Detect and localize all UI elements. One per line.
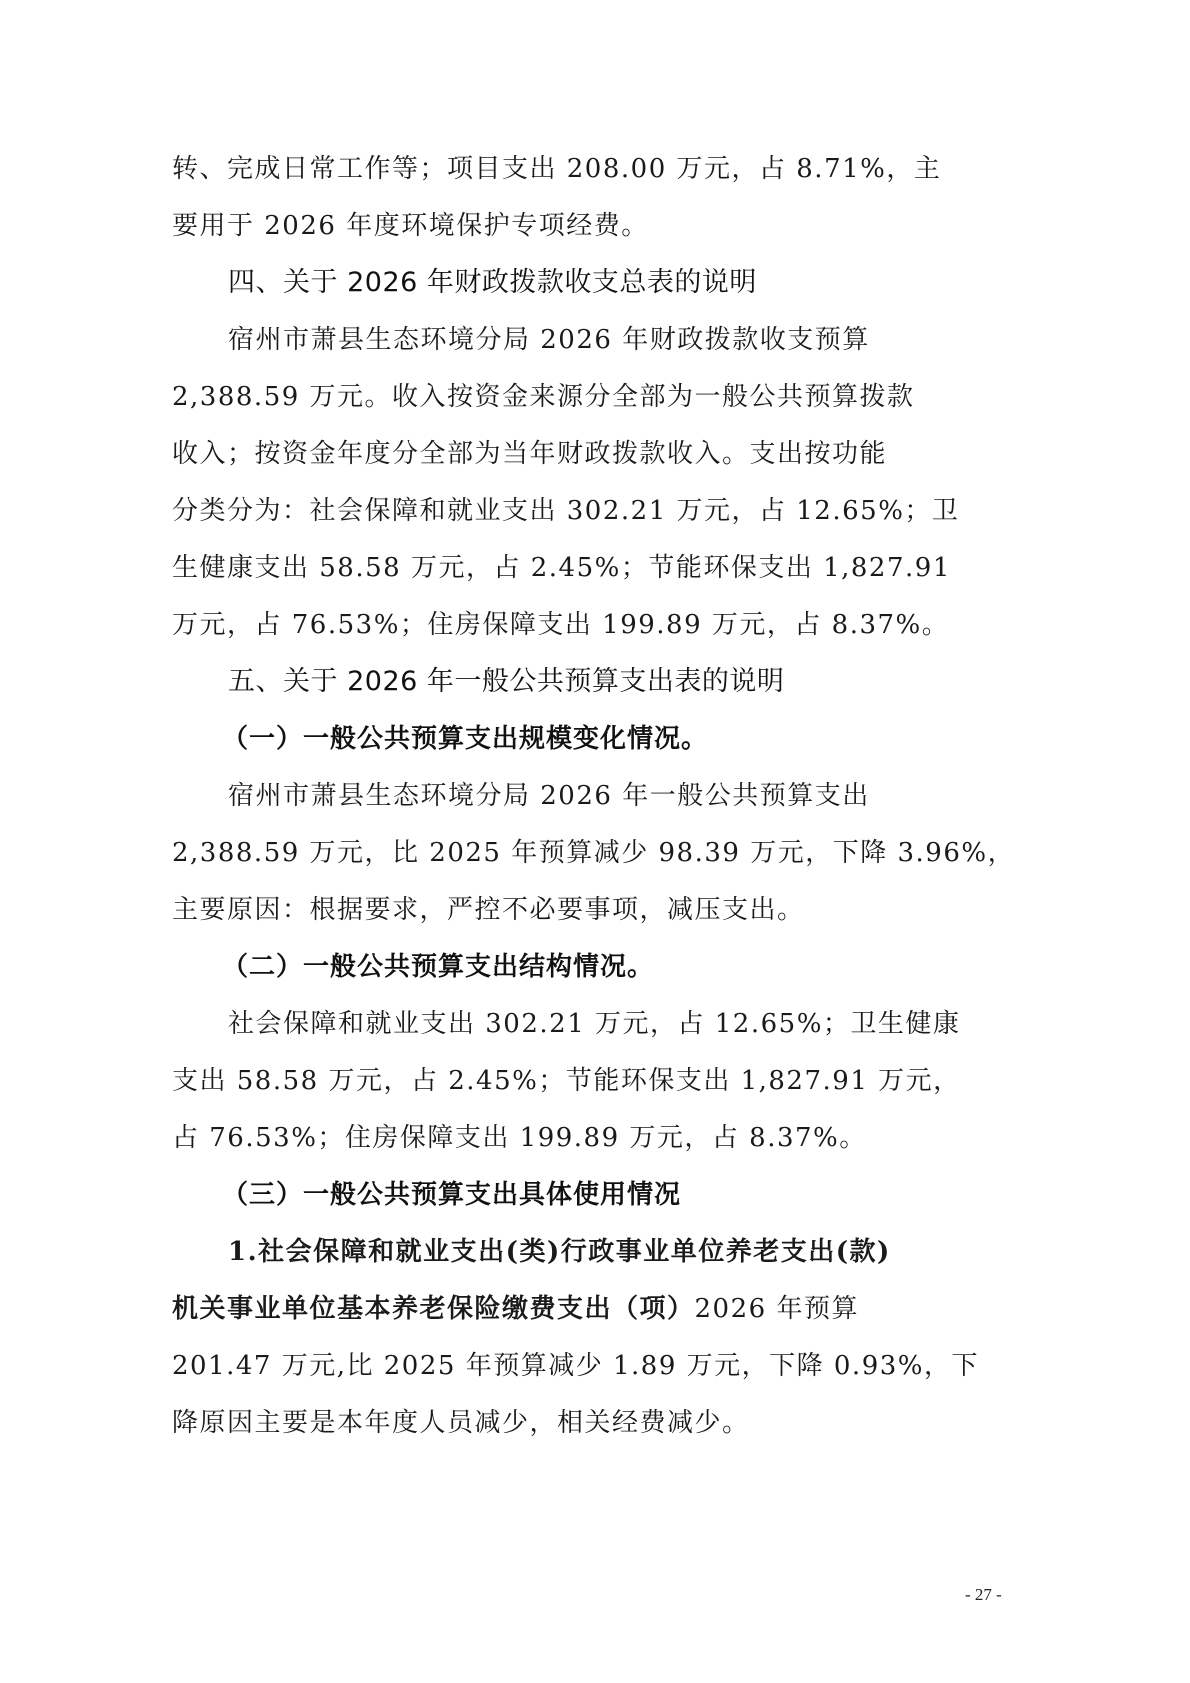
subsection-heading-3: （三）一般公共预算支出具体使用情况 — [222, 1178, 997, 1212]
paragraph-line: 占 76.53%；住房保障支出 199.89 万元，占 8.37%。 — [172, 1121, 947, 1155]
item-heading-rest: 2026 年预算 — [695, 1294, 859, 1324]
paragraph-line: 201.47 万元,比 2025 年预算减少 1.89 万元，下降 0.93%，… — [172, 1349, 947, 1383]
subsection-heading-1: （一）一般公共预算支出规模变化情况。 — [222, 722, 997, 756]
paragraph-line: 宿州市萧县生态环境分局 2026 年一般公共预算支出 — [228, 779, 1003, 813]
paragraph-line: 降原因主要是本年度人员减少，相关经费减少。 — [172, 1406, 947, 1440]
paragraph-line: 生健康支出 58.58 万元，占 2.45%；节能环保支出 1,827.91 — [172, 551, 947, 585]
paragraph-line: 2,388.59 万元，比 2025 年预算减少 98.39 万元，下降 3.9… — [172, 836, 947, 870]
section-heading-4: 四、关于 2026 年财政拨款收支总表的说明 — [228, 266, 1003, 300]
document-page: 转、完成日常工作等；项目支出 208.00 万元，占 8.71%，主 要用于 2… — [0, 0, 1190, 1683]
paragraph-line: 转、完成日常工作等；项目支出 208.00 万元，占 8.71%，主 — [172, 152, 947, 186]
paragraph-line: 要用于 2026 年度环境保护专项经费。 — [172, 209, 947, 243]
section-heading-5: 五、关于 2026 年一般公共预算支出表的说明 — [228, 665, 1003, 699]
paragraph-line: 万元，占 76.53%；住房保障支出 199.89 万元，占 8.37%。 — [172, 608, 947, 642]
item-heading-1: 1.社会保障和就业支出(类)行政事业单位养老支出(款) — [228, 1235, 1003, 1269]
paragraph-line: 分类分为：社会保障和就业支出 302.21 万元，占 12.65%；卫 — [172, 494, 947, 528]
paragraph-line: 支出 58.58 万元，占 2.45%；节能环保支出 1,827.91 万元， — [172, 1064, 947, 1098]
paragraph-line: 2,388.59 万元。收入按资金来源分全部为一般公共预算拨款 — [172, 380, 947, 414]
subsection-heading-2: （二）一般公共预算支出结构情况。 — [222, 950, 997, 984]
paragraph-line: 收入；按资金年度分全部为当年财政拨款收入。支出按功能 — [172, 437, 947, 471]
paragraph-line: 宿州市萧县生态环境分局 2026 年财政拨款收支预算 — [228, 323, 1003, 357]
item-heading-line: 机关事业单位基本养老保险缴费支出（项）2026 年预算 — [172, 1292, 947, 1326]
paragraph-line: 社会保障和就业支出 302.21 万元，占 12.65%；卫生健康 — [228, 1007, 1003, 1041]
page-number: - 27 - — [965, 1585, 1002, 1605]
item-heading-bold-part: 机关事业单位基本养老保险缴费支出（项） — [172, 1294, 695, 1324]
paragraph-line: 主要原因：根据要求，严控不必要事项，减压支出。 — [172, 893, 947, 927]
